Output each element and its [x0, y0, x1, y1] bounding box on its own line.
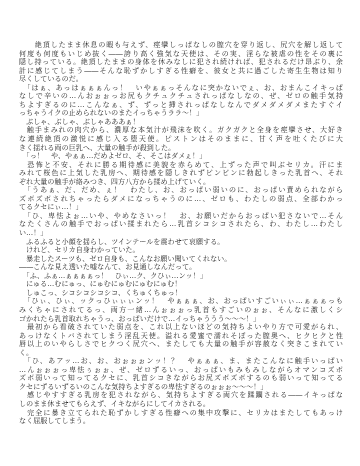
text-line: っちゃうイクの止められないのまたイっちゃうララ〜！」	[19, 109, 343, 118]
text-line: 感じやすすぎる乳房を犯されながら、気持ちよすぎる両穴を蹂躙される――イキっぱな	[19, 391, 343, 400]
text-line: けれど、セリカ自身わかっていた。	[19, 246, 343, 255]
text-line: ぞれ大量の触手が絡みつき、四方八方から揉め上げていく。	[19, 178, 343, 187]
text-line: 尽くしているのだ。	[19, 75, 343, 84]
text-line: 「ひ、あアッ…お、お、おぉぉぉンッ！？ やぁぁぁ、ま、またこんなに触手いっぱい	[19, 357, 343, 366]
text-line: く。	[19, 349, 343, 358]
text-line: 「っ！ や、やぁぁ…だめよゼロ、そ、そこはダメぇ！」	[19, 152, 343, 161]
text-line: にゅる…むにゅっ、にゅむにゅむにゅむにゅむ！	[19, 280, 343, 289]
text-line: なく屈服してしまう。	[19, 417, 343, 426]
text-line: 隠し持っている。絶頂したままの身体を休みなしに犯され続ければ、犯されるだけ昂ぶり…	[19, 58, 343, 67]
text-line: …んぉぉぉっ卑怯ぅぉぉ、ぜ、ゼロずるいっ、おっぱいもみもみしながらオマンコズボ	[19, 366, 343, 375]
text-line: きく揺れる両の巨乳へ、大量の触手が殺到した。	[19, 144, 343, 153]
text-line: 唇以上のいやらしさでヒクつく尻穴へ、またしても大量の触手が容赦なく突きこまれてい	[19, 340, 343, 349]
text-line: 恐怖と不安、それに勝る期待感に美貌を赤らめて、上ずった声で叫ぶセリカ。汗にま	[19, 161, 343, 170]
text-line: 完全に暴き立てられた恥ずかしすぎる性癖への集中攻撃に、セリカはまたしてもあっけ	[19, 409, 343, 418]
text-line: ゴかれたら乳首取れちゃうっ、おっぱいだけで…イっちゃううう〜〜〜！」	[19, 315, 343, 324]
text-line: しのまま休ませてもらえず、イキながらにしてイカされる。	[19, 400, 343, 409]
text-line: 「はぁ、あっはぁぁぁんっ！ いやぁぁっそんなに突かないでぇ、お、おまんこイキっぱ	[19, 84, 343, 93]
text-line: 絶頂したまま休息の暇も与えず、痙攣しっぱなしの膣穴を穿り返し、尻穴を解し返して	[19, 41, 343, 50]
text-line: しゅこっ、シコシコシコシコ、くちゅくちゅっ！	[19, 289, 343, 298]
text-line: なしで辛いの…んおぉぉっお尻もクチュクチュされっぱなしなの、ぜ、ゼロの触手気持	[19, 92, 343, 101]
novel-text: 絶頂したまま休息の暇も与えず、痙攣しっぱなしの膣穴を穿り返し、尻穴を解し返して何…	[19, 41, 343, 426]
text-line: 最初から看破されていた弱点を、これ以上ないほどの気持ちよいやり方で可愛がられ、	[19, 323, 343, 332]
text-line: 「ひ、卑怯よぉ…いや、やめなさいっ！ お、お願いだからおっぱい犯さないで…そん	[19, 212, 343, 221]
text-line: ふるふると小顔を揺らし、ツインテールを震わせて哀願する。	[19, 238, 343, 247]
text-line: みれて桜色に上気した乳房へ、期待感を隠しきれずビンビンに勃起しきった乳首へ、それ	[19, 169, 343, 178]
text-line: 「うあぁ、だ、だめ、ぇ！ わたし、お、おっぱい弱いのに、おっぱい責められながら	[19, 186, 343, 195]
text-line: 暴走したスーツも、ゼロ自身も、こんなお願い聞いてくれない。	[19, 255, 343, 264]
text-line: 「ふ、ふぁ…ぁぁぁぁっ！ ひぃ…ク、クひぃ…ンッ！」	[19, 272, 343, 281]
text-line: 計に感じてしまう――そんな恥ずかしすぎる性癖を、彼女と共に過ごした寄生生物は知り	[19, 67, 343, 76]
text-line: クセにずるいずるいのこんな気持ちよすぎるの卑怯すぎるのぉぉぉ〜〜〜！」	[19, 383, 343, 392]
text-line: 「ひぃ、ひぃ、ックっひぃぃぃンッ！ やぁぁぁ、お、おっぱいすごいぃぃ…ぁぁぁっも	[19, 297, 343, 306]
text-line: ちよすぎるのに…こんなぁ、ず、ずっと挿されっぱなしなんでダメダメダメまたすぐイ	[19, 101, 343, 110]
text-line: みくちゃにされてるっ、両方一緒…んぉぉぉっ乳首もすごいのぉぉ、そんなに激しくシ	[19, 306, 343, 315]
text-line: ――こんな見え透いた嘘なんて、お見通しなんだって。	[19, 263, 343, 272]
text-line: い…！」	[19, 229, 343, 238]
text-line: な連続絶頂の激悦に感じ入る堕天使。ピストンはそのままに、甘く声を吐くたびに大	[19, 135, 343, 144]
novel-page: 絶頂したまま休息の暇も与えず、痙攣しっぱなしの膣穴を穿り返し、尻穴を解し返して何…	[0, 0, 360, 466]
text-line: てるクセにぃ…！」	[19, 203, 343, 212]
text-line: なたくさんの触手でおっぱい揉まれたら…乳首シコシコされたら、わ、わたし…わたし	[19, 220, 343, 229]
text-line: ぶしゃ、ぶしゃ、ぶしゃあああぁ！	[19, 118, 343, 127]
text-line: ズボズボされちゃったらダメになっちゃうのに…、ゼロも、わたしの弱点、全部わかっ	[19, 195, 343, 204]
text-line: ズボ弱いって知ってるクセに、乳首シコきながらお尻ズボズボするのも弱いって知ってる	[19, 374, 343, 383]
text-line: 触手まみれの肉穴から、濃厚な本気汁が飛沫を吹く。ガクガクと全身を痙攣させ、大好き	[19, 126, 343, 135]
text-line: 何度も何度もいじめ抜く――誇り高く強気な天使は、その実、淫らな被虐の性をその裏に	[19, 50, 343, 59]
text-line: あっけなくトバされてしまう淫乱天使。溢れる愛蜜で濡れそぼった膣奥へ、ヒクヒクと性	[19, 332, 343, 341]
